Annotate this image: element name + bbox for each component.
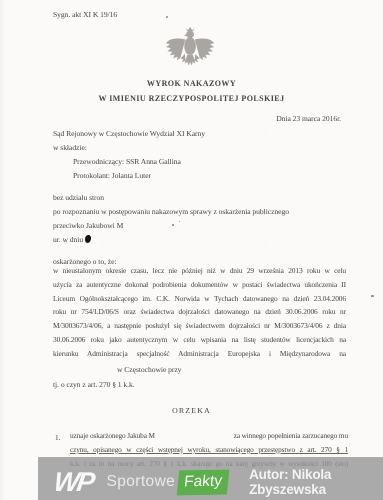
no-parties-line: bez udziału stron [53, 193, 104, 202]
court-judgment-page: Sygn. akt XI K 19/16 WYROK NAKAZOWY W IM… [0, 0, 383, 500]
scan-speck [179, 221, 180, 222]
scan-speck [172, 224, 174, 226]
ruling-header: ORZEKA [0, 406, 383, 415]
clerk-line: Protokolant: Jolanta Luter [73, 171, 151, 180]
charge-line: roku nr 754/LD/06/S oraz świadectwa dojr… [53, 305, 346, 319]
ruling-line-1: uznaje oskarżonego Jakuba M za winnego p… [70, 429, 348, 443]
brand-fakty-badge: Fakty [177, 469, 230, 495]
charge-place: w Częstochowie przy [117, 365, 181, 374]
charge-line: w nieustalonym okresie czasu, lecz nie p… [53, 264, 346, 278]
charge-line: M/3003673/4/06, a następnie posłużył się… [53, 319, 346, 333]
document-subtitle: W IMIENIU RZECZYPOSPOLITEJ POLSKIEJ [0, 94, 383, 103]
wp-logo: WP [52, 469, 94, 496]
brand-sportowe: Sportowe [107, 473, 176, 491]
birth-date-label: ur. w dniu [53, 235, 83, 244]
birth-date-line: ur. w dniu [53, 235, 91, 244]
hearing-line: po rozpoznaniu w postępowaniu nakazowym … [53, 207, 289, 216]
charge-line: użycia za autentyczne dokonał podrobieni… [53, 278, 346, 292]
document-date: Dnia 23 marca 2016r. [276, 114, 341, 123]
ruling-item-number: 1. [55, 433, 60, 442]
eagle-emblem-icon [163, 25, 221, 75]
case-number: Sygn. akt XI K 19/16 [53, 10, 117, 19]
ruling-line-1-right: za winnego popełnienia zarzucanego mu [234, 429, 348, 443]
court-panel-intro: w składzie: [53, 143, 87, 152]
ruling-line-1-left: uznaje oskarżonego Jakuba M [70, 429, 155, 443]
document-title: WYROK NAKAZOWY [0, 79, 383, 88]
charge-paragraph: w nieustalonym okresie czasu, lecz nie p… [53, 264, 346, 360]
watermark-bar: WP Sportowe Fakty Autor: Nikola Zbyszews… [38, 457, 383, 500]
document-scan: Sygn. akt XI K 19/16 WYROK NAKAZOWY W IM… [0, 0, 383, 500]
court-name: Sąd Rejonowy w Częstochowie Wydział XI K… [53, 129, 205, 138]
redaction-mark [85, 235, 91, 243]
legal-qualification: tj. o czyn z art. 270 § 1 k.k. [53, 380, 135, 389]
scan-speck [371, 295, 374, 297]
charge-line: Liceum Ogólnokształcącego im. C.K. Norwi… [53, 292, 346, 306]
defendant-line: przeciwko Jakubowi M [53, 221, 123, 230]
author-credit: Autor: Nikola Zbyszewska [249, 467, 383, 497]
scan-speck [166, 16, 168, 18]
charge-line: 30.06.2006 roku jako autentycznym w celu… [53, 333, 346, 347]
charge-line: kierunku Administracja specjalność Admin… [53, 347, 346, 361]
ruling-line-2: czynu, opisanego w części wstępnej wyrok… [70, 443, 348, 457]
judge-line: Przewodniczący: SSR Anna Gallina [73, 157, 181, 166]
